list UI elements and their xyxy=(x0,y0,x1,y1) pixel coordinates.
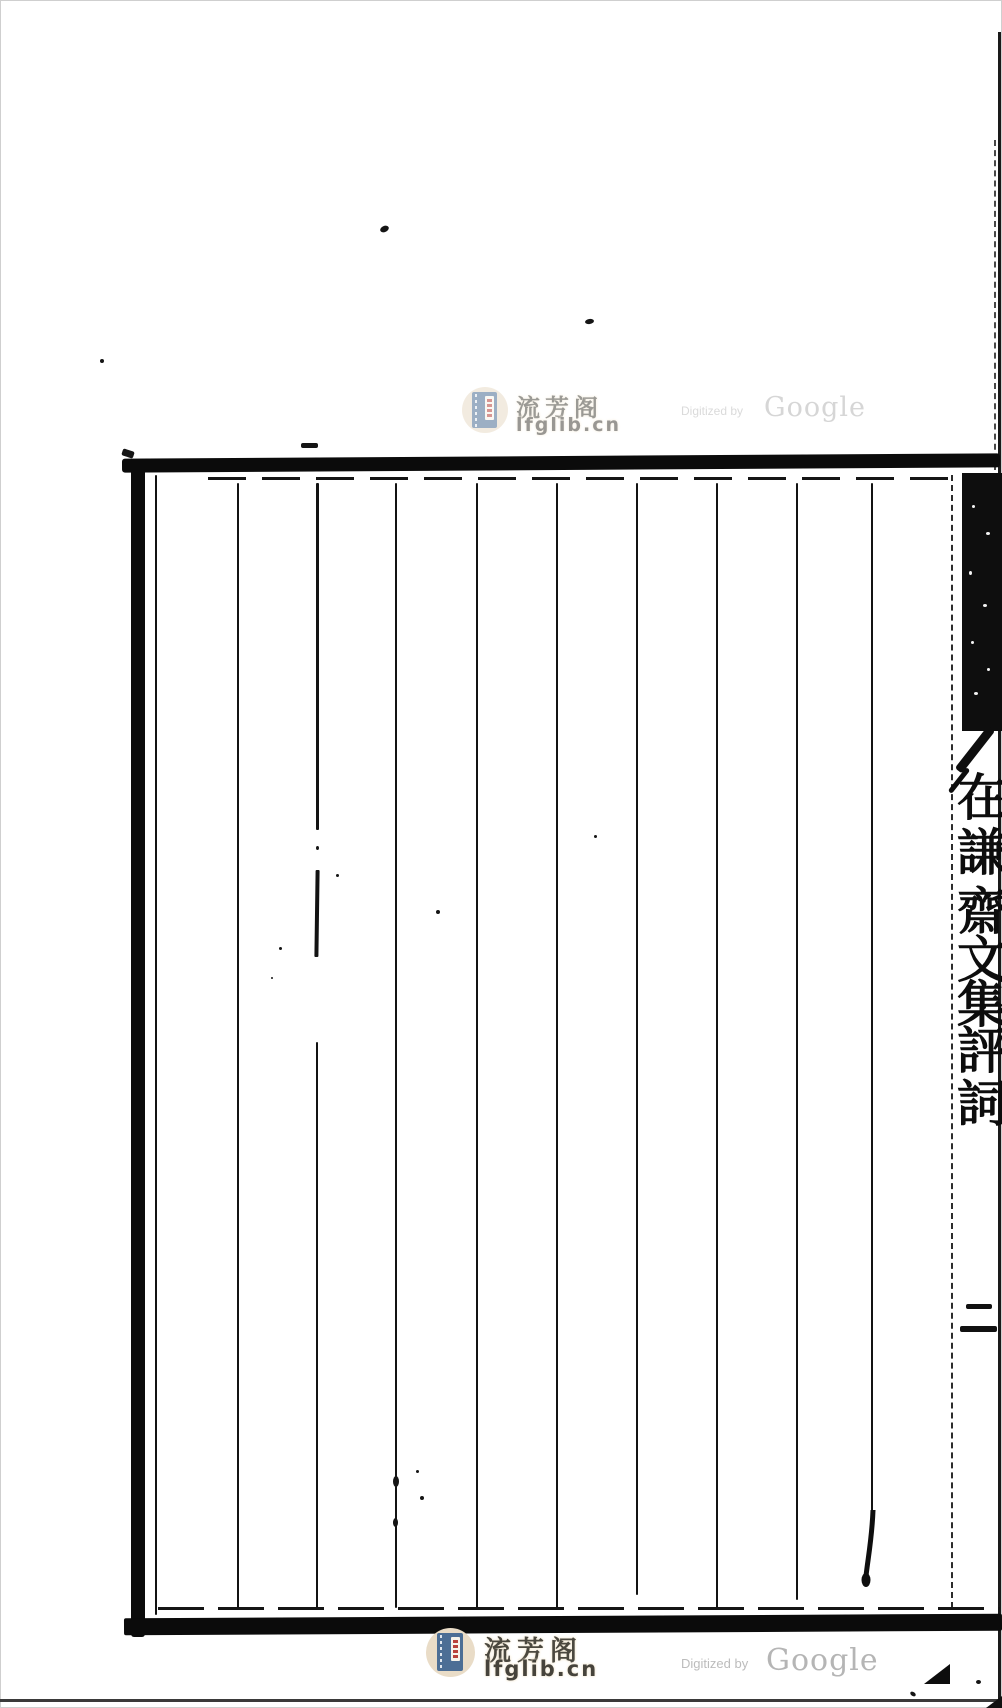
spine-title-char: 謙 xyxy=(957,827,1002,879)
ink-speck xyxy=(585,318,595,324)
digitized-by-label: Digitized by xyxy=(681,404,743,418)
column-line xyxy=(314,870,319,957)
ink-speck xyxy=(301,443,318,448)
ink-speck xyxy=(279,947,282,950)
column-line xyxy=(155,475,157,1615)
book-stitch-lines xyxy=(440,1635,442,1671)
ink-speck xyxy=(271,977,273,979)
scan-right-inner-dashed-line xyxy=(994,140,996,470)
google-logo: Google xyxy=(766,1643,879,1678)
column-line xyxy=(395,483,397,1608)
spine-boundary-line xyxy=(951,475,953,1608)
book-icon xyxy=(437,1633,463,1671)
column-line xyxy=(476,483,478,1608)
ink-speck xyxy=(336,874,339,877)
page-number-stroke xyxy=(966,1304,992,1309)
site-url: lfglib.cn xyxy=(516,414,621,436)
frame-left-border xyxy=(131,459,145,1637)
lfglib-badge xyxy=(426,1628,475,1677)
ink-speck xyxy=(379,224,390,233)
column-line xyxy=(716,483,718,1608)
column-line xyxy=(556,483,558,1608)
book-stitch-lines xyxy=(475,394,477,428)
ink-speck xyxy=(393,1476,399,1487)
book-icon xyxy=(472,392,497,428)
site-url: lfglib.cn xyxy=(484,1657,598,1681)
page-scan: 流芳阁 lfglib.cn Digitized by Google xyxy=(0,0,1002,1708)
frame-top-border xyxy=(122,453,1000,472)
ink-speck xyxy=(909,1691,916,1698)
lfglib-badge xyxy=(462,387,508,433)
column-line-curved-tail xyxy=(858,1510,880,1592)
spine-title-char: 評 xyxy=(957,1025,1002,1077)
column-line xyxy=(871,483,873,1515)
book-title-label xyxy=(485,396,494,420)
ink-speck xyxy=(420,1496,424,1500)
scan-bottom-edge-line xyxy=(0,1699,1002,1702)
book-seal-text xyxy=(487,399,492,417)
ink-speck xyxy=(594,835,597,838)
ink-speck xyxy=(393,1518,398,1527)
spine-title-char: 在 xyxy=(957,772,1002,824)
column-line xyxy=(316,1042,318,1608)
column-line xyxy=(636,483,638,1595)
ink-speck xyxy=(100,359,104,363)
frame-inner-top-rule xyxy=(208,477,1000,480)
spine-black-block xyxy=(962,473,1002,731)
digitized-by-label: Digitized by xyxy=(681,1656,748,1671)
page-number-stroke xyxy=(960,1326,997,1332)
ink-speck xyxy=(121,448,135,458)
corner-fold-mark xyxy=(924,1664,950,1684)
column-line xyxy=(237,483,239,1608)
column-line xyxy=(316,483,319,830)
spine-fishtail-slash xyxy=(955,725,995,773)
spine-title-char: 詞 xyxy=(957,1078,1002,1130)
frame-inner-bottom-rule xyxy=(158,1607,1000,1610)
ink-speck xyxy=(436,910,440,914)
column-line xyxy=(796,483,798,1600)
page-number: 二 xyxy=(960,1297,998,1339)
google-logo: Google xyxy=(764,392,866,423)
bottom-right-corner-mark xyxy=(986,1696,1002,1708)
ink-speck xyxy=(976,1680,981,1684)
ink-speck xyxy=(416,1470,419,1473)
book-title-label xyxy=(451,1637,460,1661)
ink-speck xyxy=(316,846,319,850)
book-seal-text xyxy=(453,1640,458,1658)
